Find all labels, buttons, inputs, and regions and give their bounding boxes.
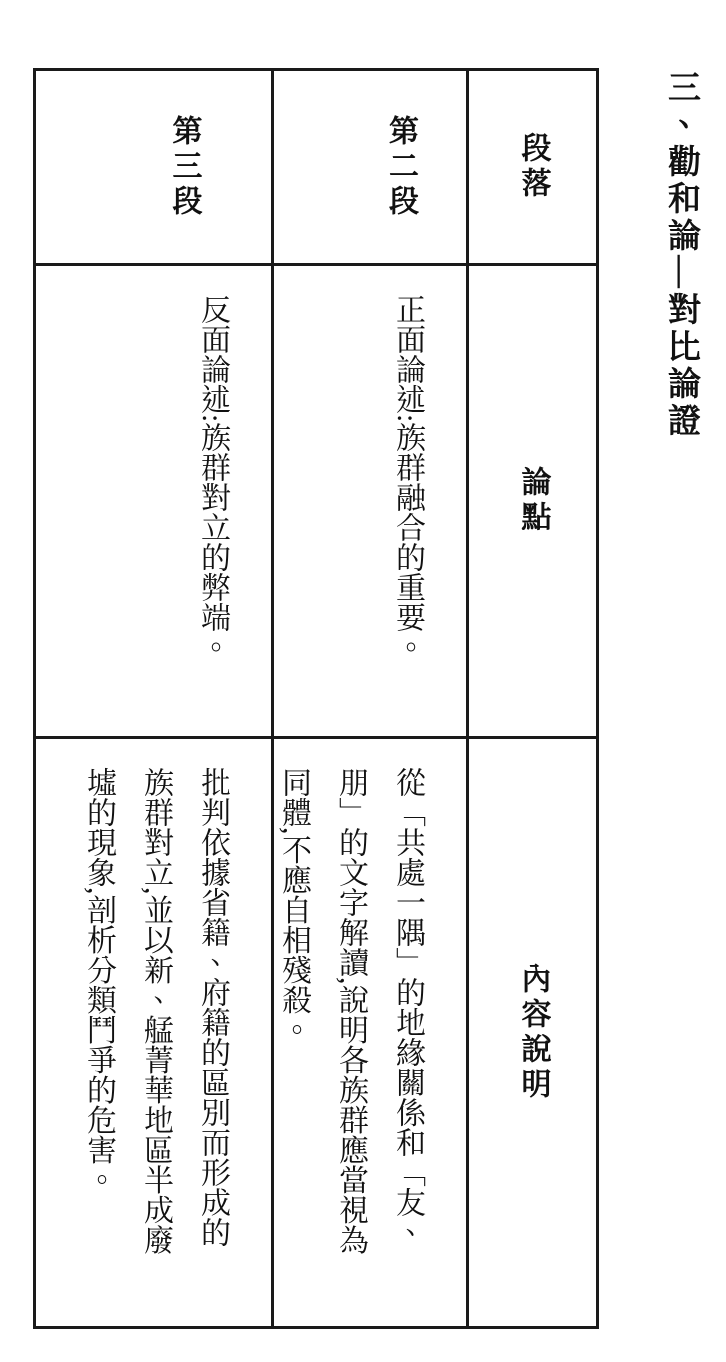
table-header-content-explanation: 內容說明 xyxy=(469,739,596,1326)
paragraph-3-content: 批判依據省籍、府籍的區別而形成的族群對立,並以新、艋菁華地區半成廢墟的現象,剖析… xyxy=(36,739,271,1326)
contrast-argument-table: 段落 論點 內容說明 第二段 正面論述:族群融合的重要。 從「共處一隅」的地緣關… xyxy=(33,68,599,1329)
document-title: 三、勸和論—對比論證 xyxy=(658,70,705,440)
paragraph-2-argument: 正面論述:族群融合的重要。 xyxy=(274,266,466,736)
table-header-argument: 論點 xyxy=(469,266,596,736)
paragraph-3-argument: 反面論述:族群對立的弊端。 xyxy=(36,266,271,736)
paragraph-3-label: 第三段 xyxy=(36,71,271,263)
paragraph-2-label: 第二段 xyxy=(274,71,466,263)
table-header-paragraph: 段落 xyxy=(469,71,596,263)
paragraph-2-content: 從「共處一隅」的地緣關係和「友、朋」的文字解讀,說明各族群應當視為同體,不應自相… xyxy=(274,739,466,1326)
